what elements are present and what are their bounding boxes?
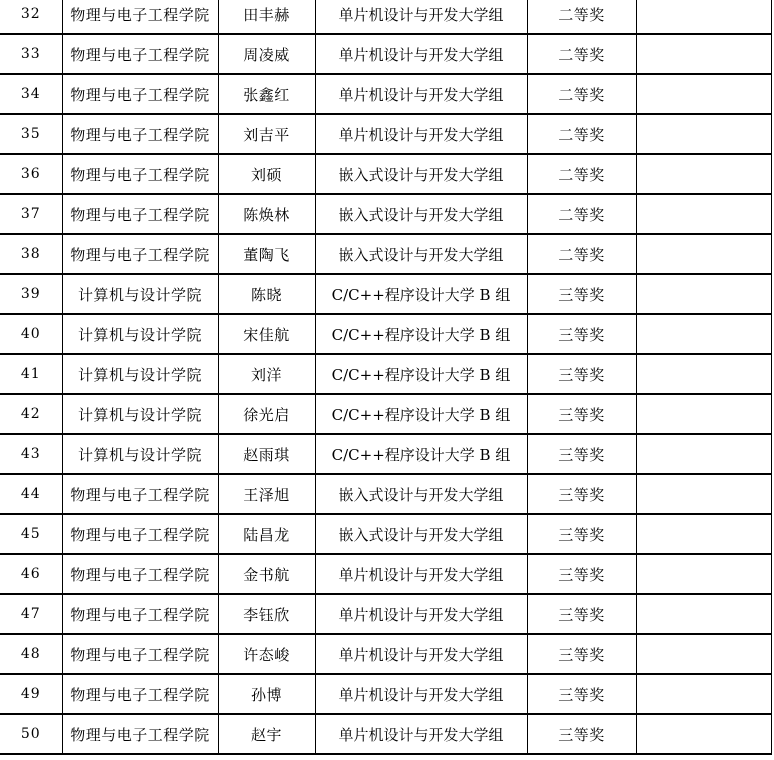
cell-no: 33 <box>0 34 62 74</box>
cell-college: 计算机与设计学院 <box>62 314 218 354</box>
cell-no: 34 <box>0 74 62 114</box>
table-row: 42计算机与设计学院徐光启C/C++程序设计大学 B 组三等奖 <box>0 394 771 434</box>
cell-no: 47 <box>0 594 62 634</box>
cell-group: 单片机设计与开发大学组 <box>315 594 527 634</box>
cell-name: 许态峻 <box>218 634 315 674</box>
cell-award: 二等奖 <box>527 74 636 114</box>
cell-college: 物理与电子工程学院 <box>62 114 218 154</box>
cell-group: 单片机设计与开发大学组 <box>315 674 527 714</box>
cell-group: 嵌入式设计与开发大学组 <box>315 194 527 234</box>
cell-college: 物理与电子工程学院 <box>62 194 218 234</box>
cell-college: 计算机与设计学院 <box>62 394 218 434</box>
cell-group: 嵌入式设计与开发大学组 <box>315 474 527 514</box>
cell-note <box>636 434 771 474</box>
cell-award: 二等奖 <box>527 34 636 74</box>
cell-note <box>636 354 771 394</box>
cell-college: 计算机与设计学院 <box>62 274 218 314</box>
cell-group: 单片机设计与开发大学组 <box>315 34 527 74</box>
cell-name: 李钰欣 <box>218 594 315 634</box>
cell-college: 计算机与设计学院 <box>62 434 218 474</box>
cell-group: 单片机设计与开发大学组 <box>315 0 527 34</box>
cell-award: 二等奖 <box>527 0 636 34</box>
cell-group: 单片机设计与开发大学组 <box>315 74 527 114</box>
table-row: 49物理与电子工程学院孙博单片机设计与开发大学组三等奖 <box>0 674 771 714</box>
cell-no: 35 <box>0 114 62 154</box>
table-row: 50物理与电子工程学院赵宇单片机设计与开发大学组三等奖 <box>0 714 771 754</box>
cell-no: 43 <box>0 434 62 474</box>
cell-no: 49 <box>0 674 62 714</box>
cell-award: 二等奖 <box>527 114 636 154</box>
cell-award: 二等奖 <box>527 194 636 234</box>
cell-name: 刘洋 <box>218 354 315 394</box>
table-row: 35物理与电子工程学院刘吉平单片机设计与开发大学组二等奖 <box>0 114 771 154</box>
cell-no: 42 <box>0 394 62 434</box>
table-row: 32物理与电子工程学院田丰赫单片机设计与开发大学组二等奖 <box>0 0 771 34</box>
cell-name: 宋佳航 <box>218 314 315 354</box>
table-row: 37物理与电子工程学院陈焕林嵌入式设计与开发大学组二等奖 <box>0 194 771 234</box>
table-row: 34物理与电子工程学院张鑫红单片机设计与开发大学组二等奖 <box>0 74 771 114</box>
cell-note <box>636 714 771 754</box>
cell-college: 物理与电子工程学院 <box>62 674 218 714</box>
table-row: 47物理与电子工程学院李钰欣单片机设计与开发大学组三等奖 <box>0 594 771 634</box>
cell-note <box>636 634 771 674</box>
cell-no: 44 <box>0 474 62 514</box>
cell-no: 46 <box>0 554 62 594</box>
table-row: 43计算机与设计学院赵雨琪C/C++程序设计大学 B 组三等奖 <box>0 434 771 474</box>
cell-college: 物理与电子工程学院 <box>62 0 218 34</box>
cell-note <box>636 194 771 234</box>
cell-name: 赵雨琪 <box>218 434 315 474</box>
cell-note <box>636 234 771 274</box>
cell-note <box>636 34 771 74</box>
table-row: 46物理与电子工程学院金书航单片机设计与开发大学组三等奖 <box>0 554 771 594</box>
cell-college: 物理与电子工程学院 <box>62 714 218 754</box>
cell-name: 周凌威 <box>218 34 315 74</box>
cell-name: 董陶飞 <box>218 234 315 274</box>
cell-note <box>636 594 771 634</box>
table-row: 48物理与电子工程学院许态峻单片机设计与开发大学组三等奖 <box>0 634 771 674</box>
cell-no: 48 <box>0 634 62 674</box>
cell-college: 物理与电子工程学院 <box>62 634 218 674</box>
cell-group: 嵌入式设计与开发大学组 <box>315 154 527 194</box>
cell-group: C/C++程序设计大学 B 组 <box>315 314 527 354</box>
cell-note <box>636 74 771 114</box>
cell-note <box>636 154 771 194</box>
table-row: 38物理与电子工程学院董陶飞嵌入式设计与开发大学组二等奖 <box>0 234 771 274</box>
document-page: 32物理与电子工程学院田丰赫单片机设计与开发大学组二等奖33物理与电子工程学院周… <box>0 0 774 760</box>
cell-name: 孙博 <box>218 674 315 714</box>
cell-no: 50 <box>0 714 62 754</box>
cell-name: 王泽旭 <box>218 474 315 514</box>
cell-note <box>636 314 771 354</box>
cell-group: C/C++程序设计大学 B 组 <box>315 434 527 474</box>
cell-award: 二等奖 <box>527 154 636 194</box>
cell-name: 陆昌龙 <box>218 514 315 554</box>
awards-table-body: 32物理与电子工程学院田丰赫单片机设计与开发大学组二等奖33物理与电子工程学院周… <box>0 0 771 754</box>
cell-college: 物理与电子工程学院 <box>62 594 218 634</box>
cell-group: C/C++程序设计大学 B 组 <box>315 394 527 434</box>
cell-group: 嵌入式设计与开发大学组 <box>315 514 527 554</box>
cell-college: 物理与电子工程学院 <box>62 234 218 274</box>
cell-group: 单片机设计与开发大学组 <box>315 554 527 594</box>
cell-award: 三等奖 <box>527 274 636 314</box>
cell-group: 单片机设计与开发大学组 <box>315 634 527 674</box>
cell-no: 32 <box>0 0 62 34</box>
cell-award: 三等奖 <box>527 434 636 474</box>
cell-no: 40 <box>0 314 62 354</box>
cell-award: 三等奖 <box>527 314 636 354</box>
cell-name: 陈晓 <box>218 274 315 314</box>
cell-college: 物理与电子工程学院 <box>62 154 218 194</box>
cell-note <box>636 474 771 514</box>
cell-no: 38 <box>0 234 62 274</box>
cell-no: 41 <box>0 354 62 394</box>
cell-award: 三等奖 <box>527 634 636 674</box>
cell-college: 物理与电子工程学院 <box>62 514 218 554</box>
cell-no: 37 <box>0 194 62 234</box>
table-row: 33物理与电子工程学院周凌威单片机设计与开发大学组二等奖 <box>0 34 771 74</box>
cell-name: 陈焕林 <box>218 194 315 234</box>
table-row: 39计算机与设计学院陈晓C/C++程序设计大学 B 组三等奖 <box>0 274 771 314</box>
table-row: 45物理与电子工程学院陆昌龙嵌入式设计与开发大学组三等奖 <box>0 514 771 554</box>
cell-group: 嵌入式设计与开发大学组 <box>315 234 527 274</box>
cell-college: 计算机与设计学院 <box>62 354 218 394</box>
cell-name: 张鑫红 <box>218 74 315 114</box>
table-row: 36物理与电子工程学院刘硕嵌入式设计与开发大学组二等奖 <box>0 154 771 194</box>
cell-no: 36 <box>0 154 62 194</box>
cell-note <box>636 114 771 154</box>
cell-group: C/C++程序设计大学 B 组 <box>315 274 527 314</box>
cell-college: 物理与电子工程学院 <box>62 34 218 74</box>
cell-group: C/C++程序设计大学 B 组 <box>315 354 527 394</box>
cell-award: 三等奖 <box>527 554 636 594</box>
cell-award: 三等奖 <box>527 594 636 634</box>
table-row: 40计算机与设计学院宋佳航C/C++程序设计大学 B 组三等奖 <box>0 314 771 354</box>
cell-award: 三等奖 <box>527 394 636 434</box>
awards-table: 32物理与电子工程学院田丰赫单片机设计与开发大学组二等奖33物理与电子工程学院周… <box>0 0 772 755</box>
cell-award: 三等奖 <box>527 714 636 754</box>
cell-name: 田丰赫 <box>218 0 315 34</box>
cell-note <box>636 674 771 714</box>
cell-name: 徐光启 <box>218 394 315 434</box>
cell-group: 单片机设计与开发大学组 <box>315 114 527 154</box>
cell-note <box>636 274 771 314</box>
cell-award: 二等奖 <box>527 234 636 274</box>
cell-award: 三等奖 <box>527 474 636 514</box>
cell-note <box>636 554 771 594</box>
cell-group: 单片机设计与开发大学组 <box>315 714 527 754</box>
table-row: 44物理与电子工程学院王泽旭嵌入式设计与开发大学组三等奖 <box>0 474 771 514</box>
cell-note <box>636 514 771 554</box>
cell-name: 刘硕 <box>218 154 315 194</box>
cell-name: 赵宇 <box>218 714 315 754</box>
cell-college: 物理与电子工程学院 <box>62 74 218 114</box>
cell-no: 39 <box>0 274 62 314</box>
cell-name: 金书航 <box>218 554 315 594</box>
cell-no: 45 <box>0 514 62 554</box>
cell-name: 刘吉平 <box>218 114 315 154</box>
cell-award: 三等奖 <box>527 514 636 554</box>
cell-college: 物理与电子工程学院 <box>62 474 218 514</box>
cell-award: 三等奖 <box>527 354 636 394</box>
cell-note <box>636 394 771 434</box>
cell-note <box>636 0 771 34</box>
cell-award: 三等奖 <box>527 674 636 714</box>
table-row: 41计算机与设计学院刘洋C/C++程序设计大学 B 组三等奖 <box>0 354 771 394</box>
cell-college: 物理与电子工程学院 <box>62 554 218 594</box>
